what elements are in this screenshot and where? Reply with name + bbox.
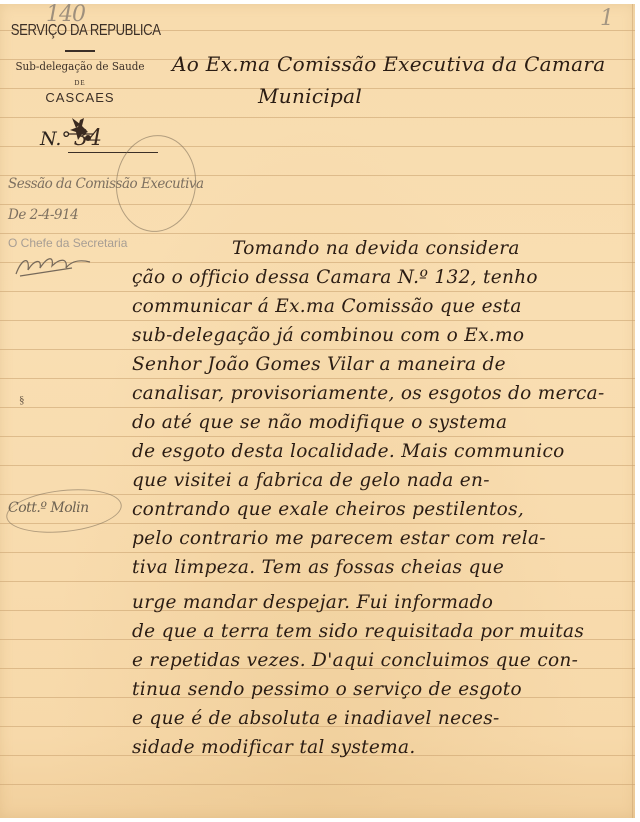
ruled-line (0, 349, 635, 350)
margin-line (632, 4, 633, 818)
body-line: e repetidas vezes. D'aqui concluimos que… (132, 650, 578, 671)
body-line: Senhor João Gomes Vilar a maneira de (132, 354, 506, 375)
body-line: canalisar, provisoriamente, os esgotos d… (132, 383, 605, 404)
pencil-folio-number: 1 (600, 6, 614, 31)
margin-tick-mark: § (19, 394, 25, 406)
ruled-line (0, 784, 635, 785)
ruled-line (0, 552, 635, 553)
margin-note-oval: Cott.º Molin (8, 500, 89, 516)
body-line: urge mandar despejar. Fui informado (132, 592, 493, 613)
body-line: do até que se não modifique o systema (132, 412, 507, 433)
body-line: communicar á Ex.ma Comissão que esta (132, 296, 522, 317)
body-line: e que é de absoluta e inadiavel neces- (132, 708, 500, 729)
ruled-line (0, 436, 635, 437)
ruled-line (0, 378, 635, 379)
body-line: de que a terra tem sido requisitada por … (132, 621, 584, 642)
secretary-signature-icon (12, 248, 102, 280)
ruled-line (0, 320, 635, 321)
ruled-line (0, 233, 635, 234)
number-value: 34 (74, 126, 102, 151)
letterhead-preposition: DE (0, 79, 160, 87)
body-line: Tomando na devida considera (232, 238, 520, 259)
addressee-line-1: Ao Ex.ma Comissão Executiva da Camara (172, 52, 605, 76)
body-line: tinua sendo pessimo o serviço de esgoto (132, 679, 522, 700)
addressee-line-2: Municipal (258, 84, 362, 108)
body-line: sub-delegação já combinou com o Ex.mo (132, 325, 524, 346)
letterhead-divider (65, 50, 95, 52)
ruled-line (0, 465, 635, 466)
body-line: ção o officio dessa Camara N.º 132, tenh… (132, 267, 538, 288)
body-line: contrando que exale cheiros pestilentos, (132, 499, 524, 520)
margin-note-date: De 2-4-914 (8, 207, 78, 223)
body-line: pelo contrario me parecem estar com rela… (132, 528, 546, 549)
body-line: que visitei a fabrica de gelo nada en- (132, 470, 490, 491)
number-label: N.° (40, 128, 71, 150)
ruled-line (0, 407, 635, 408)
margin-note-session: Sessão da Comissão Executiva (8, 176, 204, 192)
body-line: tiva limpeza. Tem as fossas cheias que (132, 557, 504, 578)
body-line: sidade modificar tal systema. (132, 737, 416, 758)
letterhead-town: CASCAES (0, 90, 160, 105)
letterhead-subtitle: Sub-delegação de Saude (8, 59, 152, 73)
ruled-line (0, 581, 635, 582)
ruled-line (0, 204, 635, 205)
body-line: de esgoto desta localidade. Mais communi… (132, 441, 565, 462)
letterhead: SERVIÇO DA REPUBLICA Sub-delegação de Sa… (0, 22, 160, 105)
ruled-line (0, 291, 635, 292)
letterhead-title: SERVIÇO DA REPUBLICA (11, 22, 145, 40)
